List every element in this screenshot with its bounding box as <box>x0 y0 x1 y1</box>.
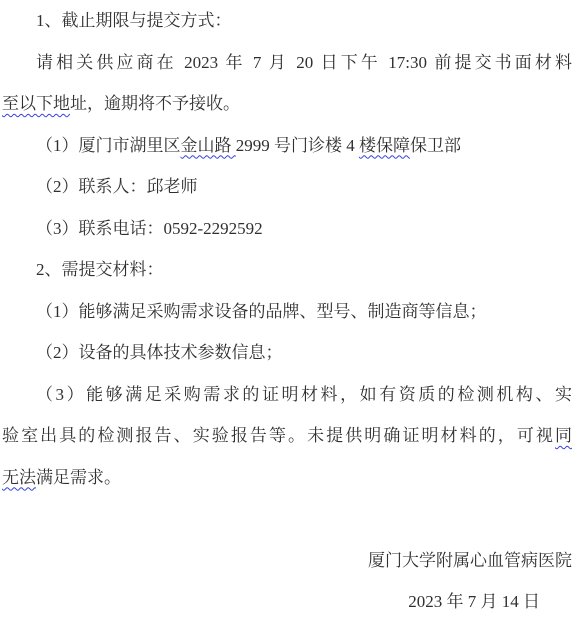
text-run: （1）能够满足采购需求设备的品牌、型号、制造商等信息； <box>36 302 487 321</box>
material-item-3-line-3: 无法满足需求。 <box>2 457 572 499</box>
deadline-paragraph-line-2: 至以下地址，逾期将不予接收。 <box>2 83 572 125</box>
text-run: 验室出具的检测报告、实验报告等。未提供明确证明材料的，可视 <box>2 426 555 445</box>
text-run: 1、截止期限与提交方式： <box>36 11 232 30</box>
document-page: 1、截止期限与提交方式： 请相关供应商在 2023 年 7 月 20 日下午 1… <box>0 0 575 623</box>
spellcheck-underline-run: 金山路 <box>181 136 236 155</box>
address-item: （1）厦门市湖里区金山路 2999 号门诊楼 4 楼保障保卫部 <box>2 125 572 167</box>
material-item-3-line-2: 验室出具的检测报告、实验报告等。未提供明确证明材料的，可视同 <box>2 415 572 457</box>
text-run: 满足需求。 <box>36 468 121 487</box>
text-run: 址，逾期将不予接收。 <box>70 94 240 113</box>
blank-line <box>2 498 572 540</box>
text-run: （3）联系电话：0592-2292592 <box>36 219 263 238</box>
spellcheck-underline-run: 至以下地 <box>2 94 70 113</box>
material-item-3-line-1: （3）能够满足采购需求的证明材料，如有资质的检测机构、实 <box>2 374 572 416</box>
text-run: 2999 号门诊楼 4 <box>236 136 359 155</box>
material-item-2: （2）设备的具体技术参数信息； <box>2 332 572 374</box>
material-item-1: （1）能够满足采购需求设备的品牌、型号、制造商等信息； <box>2 291 572 333</box>
spellcheck-underline-run: 同 <box>555 426 572 445</box>
text-run: （3）能够满足采购需求的证明材料，如有资质的检测机构、实 <box>36 385 572 404</box>
text-run: 2023 年 7 月 14 日 <box>408 592 540 611</box>
text-run: 请相关供应商在 2023 年 7 月 20 日下午 17:30 前提交书面材料 <box>36 53 572 72</box>
spellcheck-underline-run: 无法 <box>2 468 36 487</box>
text-run: （1）厦门市湖里区 <box>36 136 181 155</box>
text-run: 保卫部 <box>410 136 461 155</box>
signature-hospital-name: 厦门大学附属心血管病医院 <box>2 540 572 582</box>
deadline-paragraph-line-1: 请相关供应商在 2023 年 7 月 20 日下午 17:30 前提交书面材料 <box>2 42 572 84</box>
text-run: （2）设备的具体技术参数信息； <box>36 343 283 362</box>
contact-person-item: （2）联系人：邱老师 <box>2 166 572 208</box>
contact-phone-item: （3）联系电话：0592-2292592 <box>2 208 572 250</box>
section-2-heading: 2、需提交材料： <box>2 249 572 291</box>
signature-date: 2023 年 7 月 14 日 <box>2 581 572 623</box>
spellcheck-underline-run: 楼保障 <box>359 136 410 155</box>
text-run: 2、需提交材料： <box>36 260 164 279</box>
section-1-heading: 1、截止期限与提交方式： <box>2 0 572 42</box>
text-run: 厦门大学附属心血管病医院 <box>368 551 572 570</box>
text-run: （2）联系人：邱老师 <box>36 177 198 196</box>
